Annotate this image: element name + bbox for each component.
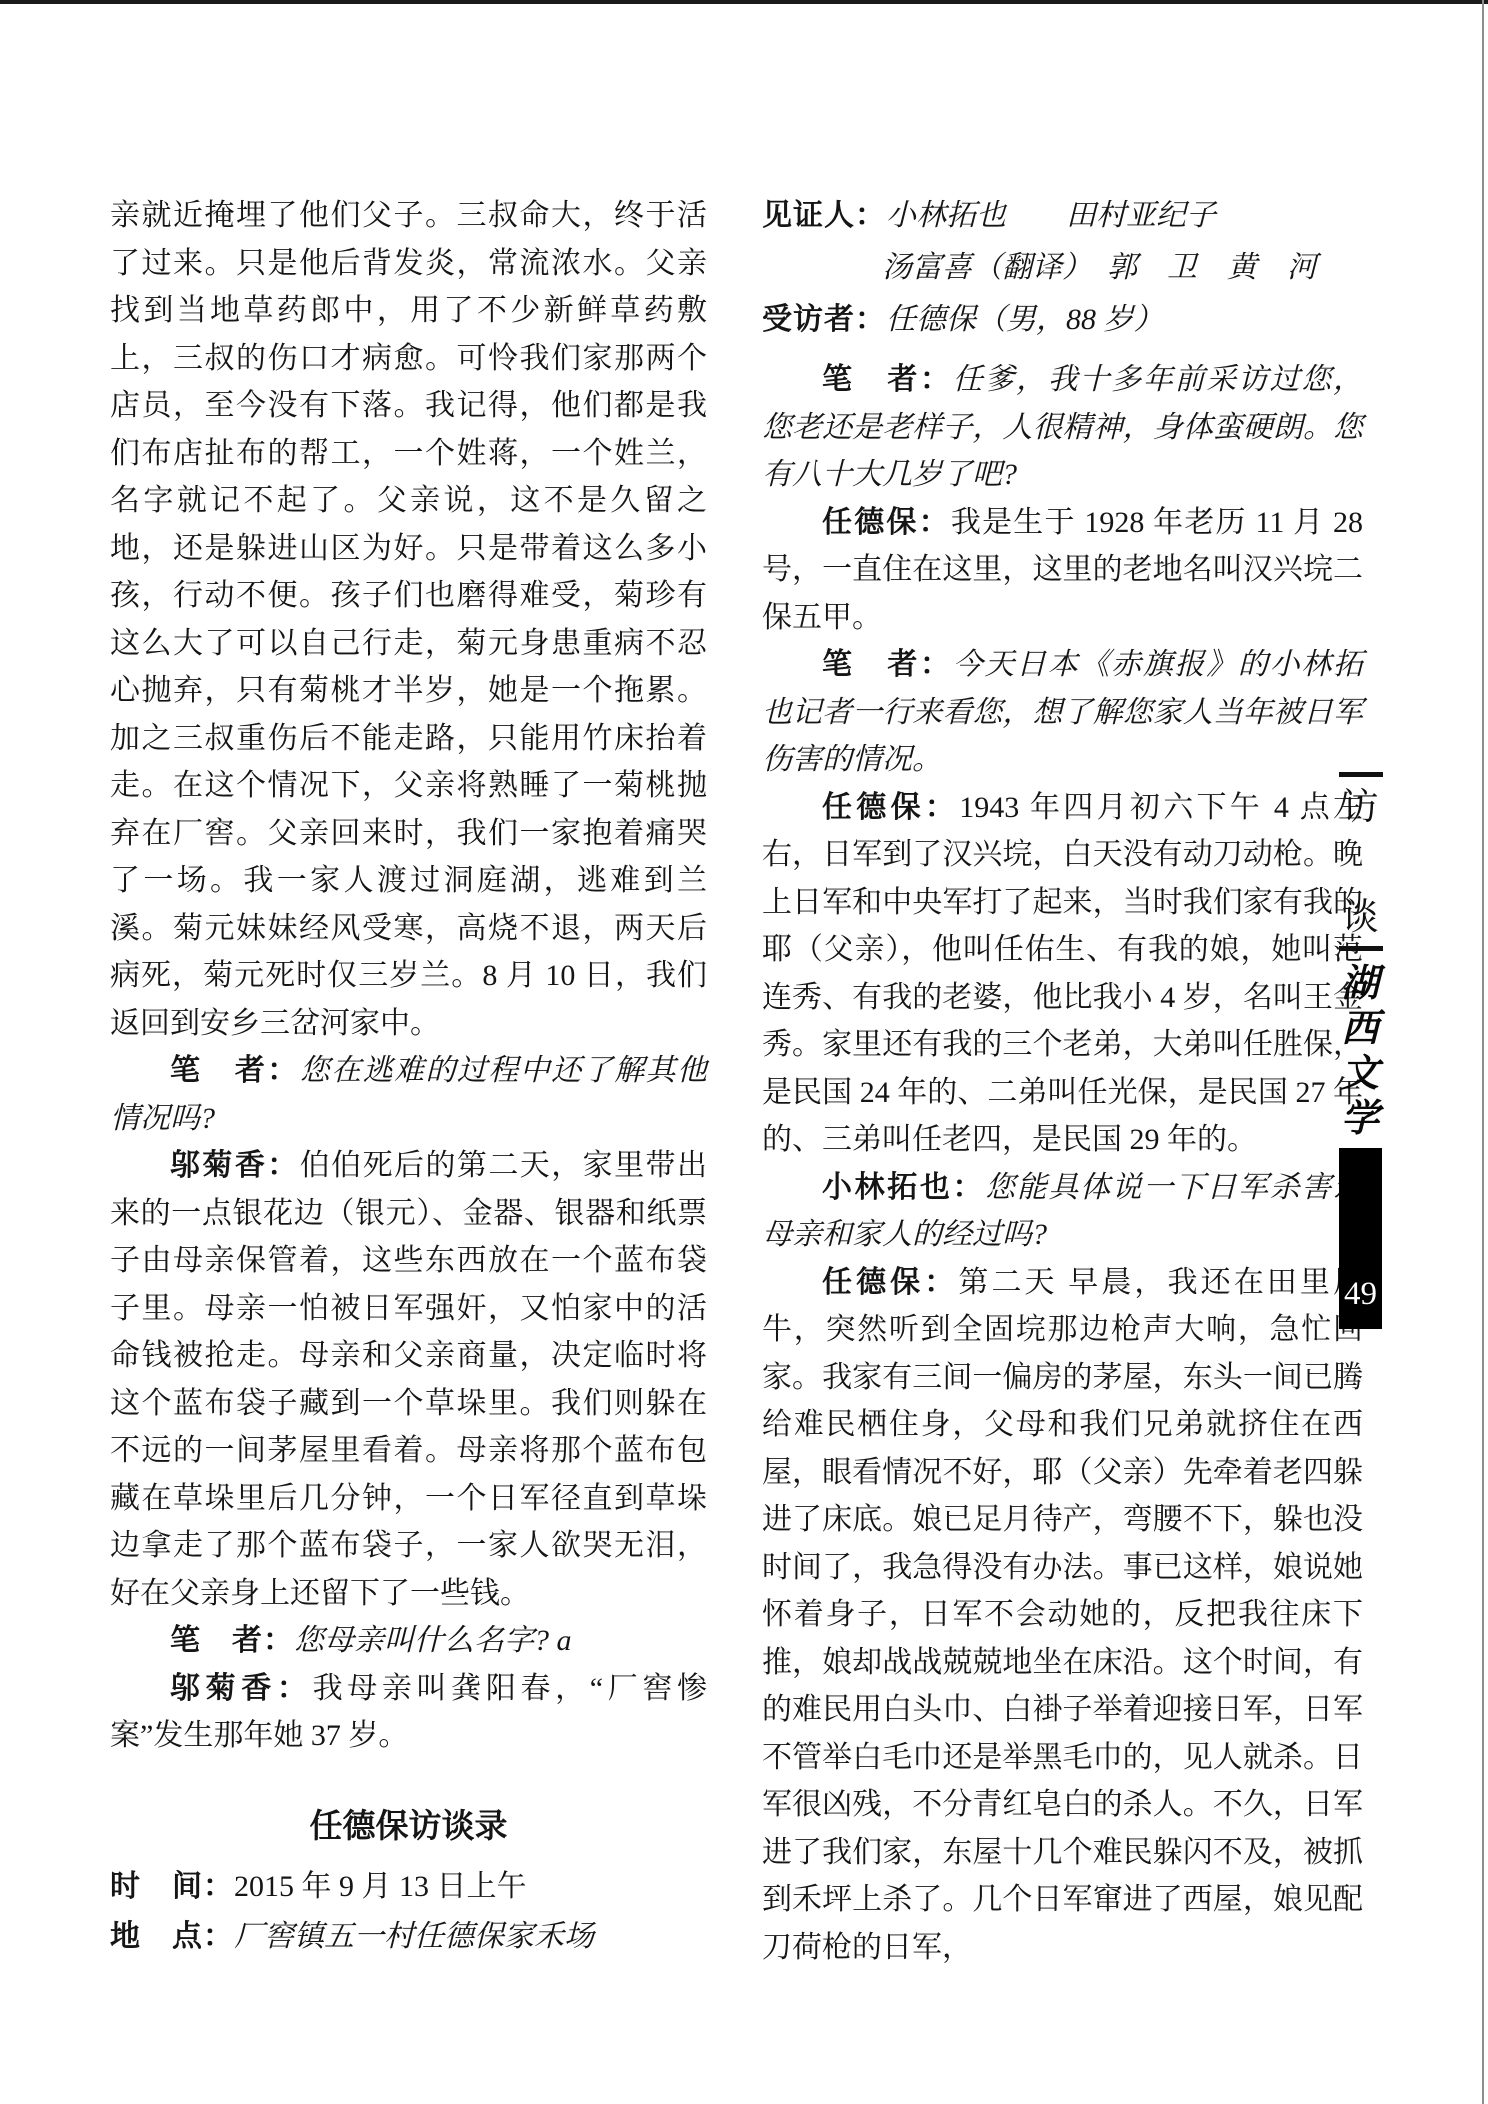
sidebar-rule-top [1339,772,1383,777]
paragraph-interviewer: 笔 者：您母亲叫什么名字? a [110,1617,707,1665]
field-value: 2015 年 9 月 13 日上午 [234,1870,527,1903]
field-value: 汤富喜（翻译） 郭 卫 黄 河 [882,251,1317,284]
scan-top-edge [0,0,1488,4]
page-number: 49 [1339,1276,1382,1313]
interview-time: 时 间：2015 年 9 月 13 日上午 [110,1862,707,1912]
right-column: 见证人：小林拓也 田村亚纪子 汤富喜（翻译） 郭 卫 黄 河 受访者：任德保（男… [762,190,1363,1971]
witness-block: 见证人：小林拓也 田村亚纪子 汤富喜（翻译） 郭 卫 黄 河 受访者：任德保（男… [762,190,1363,346]
magazine-name-char: 学 [1336,1097,1384,1142]
witness-line: 汤富喜（翻译） 郭 卫 黄 河 [762,242,1363,294]
paragraph-text: 伯伯死后的第二天，家里带出来的一点银花边（银元）、金器、银器和纸票子由母亲保管着… [110,1149,707,1610]
magazine-page: 亲就近掩埋了他们父子。三叔命大，终于活了过来。只是他后背发炎，常流浓水。父亲找到… [0,0,1488,2104]
field-label: 地 点： [110,1920,234,1953]
sidebar-rule-bottom [1339,946,1383,951]
paragraph-answer: 邬菊香：伯伯死后的第二天，家里带出来的一点银花边（银元）、金器、银器和纸票子由母… [110,1142,707,1617]
speaker-label: 笔 者： [822,648,953,681]
paragraph-answer: 任德保：1943 年四月初六下午 4 点左右，日军到了汉兴垸，白天没有动刀动枪。… [762,784,1363,1164]
speaker-label: 任德保： [822,791,959,824]
paragraph-answer: 邬菊香：我母亲叫龚阳春，“厂窖惨案”发生那年她 37 岁。 [110,1665,707,1760]
speaker-label: 邬菊香： [170,1672,313,1705]
magazine-name-char: 西 [1336,1007,1384,1052]
speaker-label: 笔 者： [170,1624,294,1657]
field-label: 受访者： [762,303,886,336]
interview-title: 任德保访谈录 [110,1804,707,1848]
field-value: 厂窖镇五一村任德保家禾场 [234,1920,594,1953]
interview-place: 地 点：厂窖镇五一村任德保家禾场 [110,1912,707,1962]
field-label: 时 间： [110,1870,234,1903]
paragraph-answer: 任德保：我是生于 1928 年老历 11 月 28 号，一直住在这里，这里的老地… [762,499,1363,642]
speaker-label: 任德保： [822,1266,958,1299]
magazine-name-calligraphy: 湖 西 文 学 [1336,962,1384,1142]
paragraph-continuation: 亲就近掩埋了他们父子。三叔命大，终于活了过来。只是他后背发炎，常流浓水。父亲找到… [110,192,707,1047]
section-label-char: 谈 [1336,898,1384,938]
witness-line: 受访者：任德保（男，88 岁） [762,294,1363,346]
field-value: 小林拓也 田村亚纪子 [886,199,1216,232]
speaker-label: 笔 者： [170,1054,300,1087]
paragraph-text: 您母亲叫什么名字? a [294,1624,572,1657]
left-column: 亲就近掩埋了他们父子。三叔命大，终于活了过来。只是他后背发炎，常流浓水。父亲找到… [110,192,707,1962]
section-label-char: 访 [1336,788,1384,828]
field-label: 见证人： [762,199,886,232]
scan-right-edge [1482,0,1484,2104]
paragraph-interviewer: 笔 者：您在逃难的过程中还了解其他情况吗? [110,1047,707,1142]
magazine-name-char: 湖 [1336,962,1384,1007]
paragraph-answer: 任德保：第二天 早晨，我还在田里用牛，突然听到全固垸那边枪声大响，急忙回家。我家… [762,1259,1363,1972]
paragraph-interviewer: 笔 者：任爹，我十多年前采访过您，您老还是老样子，人很精神，身体蛮硬朗。您有八十… [762,356,1363,499]
paragraph-text: 1943 年四月初六下午 4 点左右，日军到了汉兴垸，白天没有动刀动枪。晚上日军… [762,791,1363,1157]
magazine-name-char: 文 [1336,1052,1384,1097]
speaker-label: 笔 者： [822,363,953,396]
paragraph-text: 亲就近掩埋了他们父子。三叔命大，终于活了过来。只是他后背发炎，常流浓水。父亲找到… [110,199,707,1040]
field-value: 任德保（男，88 岁） [886,303,1164,336]
speaker-label: 小林拓也： [822,1171,985,1204]
speaker-label: 邬菊香： [170,1149,300,1182]
witness-line: 见证人：小林拓也 田村亚纪子 [762,190,1363,242]
page-number-box: 49 [1339,1148,1382,1329]
paragraph-interviewer: 小林拓也：您能具体说一下日军杀害您母亲和家人的经过吗? [762,1164,1363,1259]
paragraph-interviewer: 笔 者：今天日本《赤旗报》的小林拓也记者一行来看您，想了解您家人当年被日军伤害的… [762,641,1363,784]
paragraph-text: 第二天 早晨，我还在田里用牛，突然听到全固垸那边枪声大响，急忙回家。我家有三间一… [762,1266,1363,1964]
speaker-label: 任德保： [822,506,951,539]
